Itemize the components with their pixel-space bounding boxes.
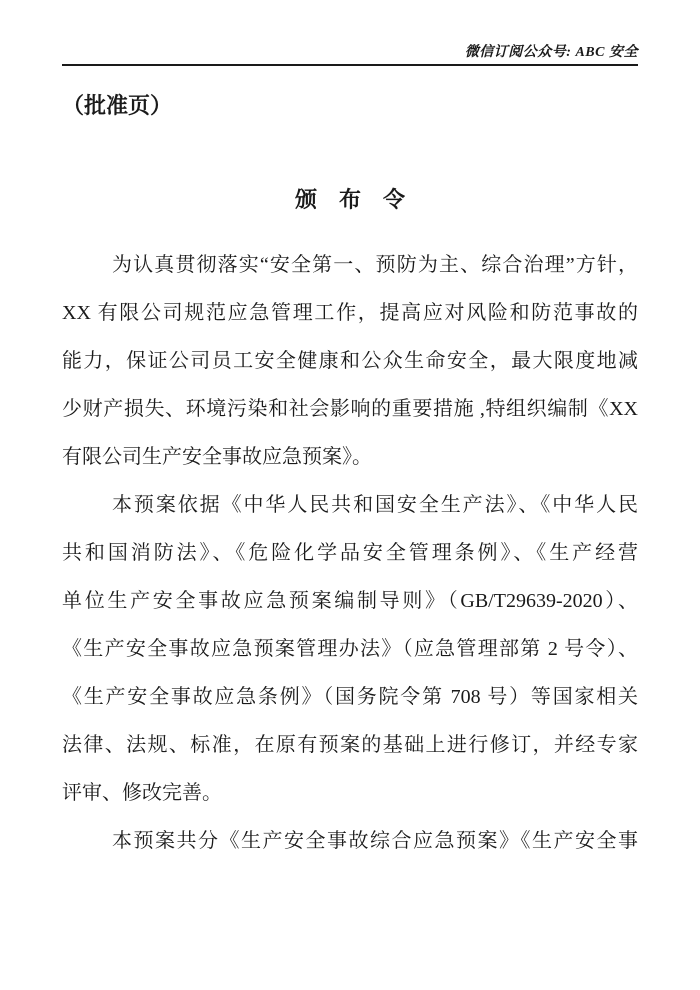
text-line: 《生产安全事故应急预案管理办法》（应急管理部第 2 号令）、 bbox=[62, 625, 638, 673]
paragraph: 为认真贯彻落实“安全第一、预防为主、综合治理”方针，XX 有限公司规范应急管理工… bbox=[62, 241, 638, 481]
text-line: 单位生产安全事故应急预案编制导则》（GB/T29639-2020）、 bbox=[62, 577, 638, 625]
document-body: 为认真贯彻落实“安全第一、预防为主、综合治理”方针，XX 有限公司规范应急管理工… bbox=[62, 241, 638, 865]
text-line: 《生产安全事故应急条例》（国务院令第 708 号）等国家相关 bbox=[62, 673, 638, 721]
text-line: 少财产损失、环境污染和社会影响的重要措施 ,特组织编制《XX bbox=[62, 385, 638, 433]
header-rule bbox=[62, 64, 638, 66]
page-header: 微信订阅公众号: ABC 安全 bbox=[62, 0, 638, 60]
text-line: 为认真贯彻落实“安全第一、预防为主、综合治理”方针， bbox=[62, 241, 638, 289]
paragraph: 本预案依据《中华人民共和国安全生产法》、《中华人民共和国消防法》、《危险化学品安… bbox=[62, 481, 638, 817]
text-line: 本预案共分《生产安全事故综合应急预案》《生产安全事 bbox=[62, 817, 638, 865]
paragraph: 本预案共分《生产安全事故综合应急预案》《生产安全事 bbox=[62, 817, 638, 865]
text-line: 能力，保证公司员工安全健康和公众生命安全，最大限度地减 bbox=[62, 337, 638, 385]
approval-page-label: （批准页） bbox=[62, 92, 638, 120]
text-line: 有限公司生产安全事故应急预案》。 bbox=[62, 433, 638, 481]
text-line: 评审、修改完善。 bbox=[62, 769, 638, 817]
document-page: 微信订阅公众号: ABC 安全 （批准页） 颁 布 令 为认真贯彻落实“安全第一… bbox=[0, 0, 700, 990]
text-line: 本预案依据《中华人民共和国安全生产法》、《中华人民 bbox=[62, 481, 638, 529]
text-line: 法律、法规、标准，在原有预案的基础上进行修订，并经专家 bbox=[62, 721, 638, 769]
text-line: 共和国消防法》、《危险化学品安全管理条例》、《生产经营 bbox=[62, 529, 638, 577]
document-title: 颁 布 令 bbox=[62, 186, 638, 214]
text-line: XX 有限公司规范应急管理工作，提高应对风险和防范事故的 bbox=[62, 289, 638, 337]
header-publisher-text: 微信订阅公众号: ABC 安全 bbox=[465, 45, 638, 60]
